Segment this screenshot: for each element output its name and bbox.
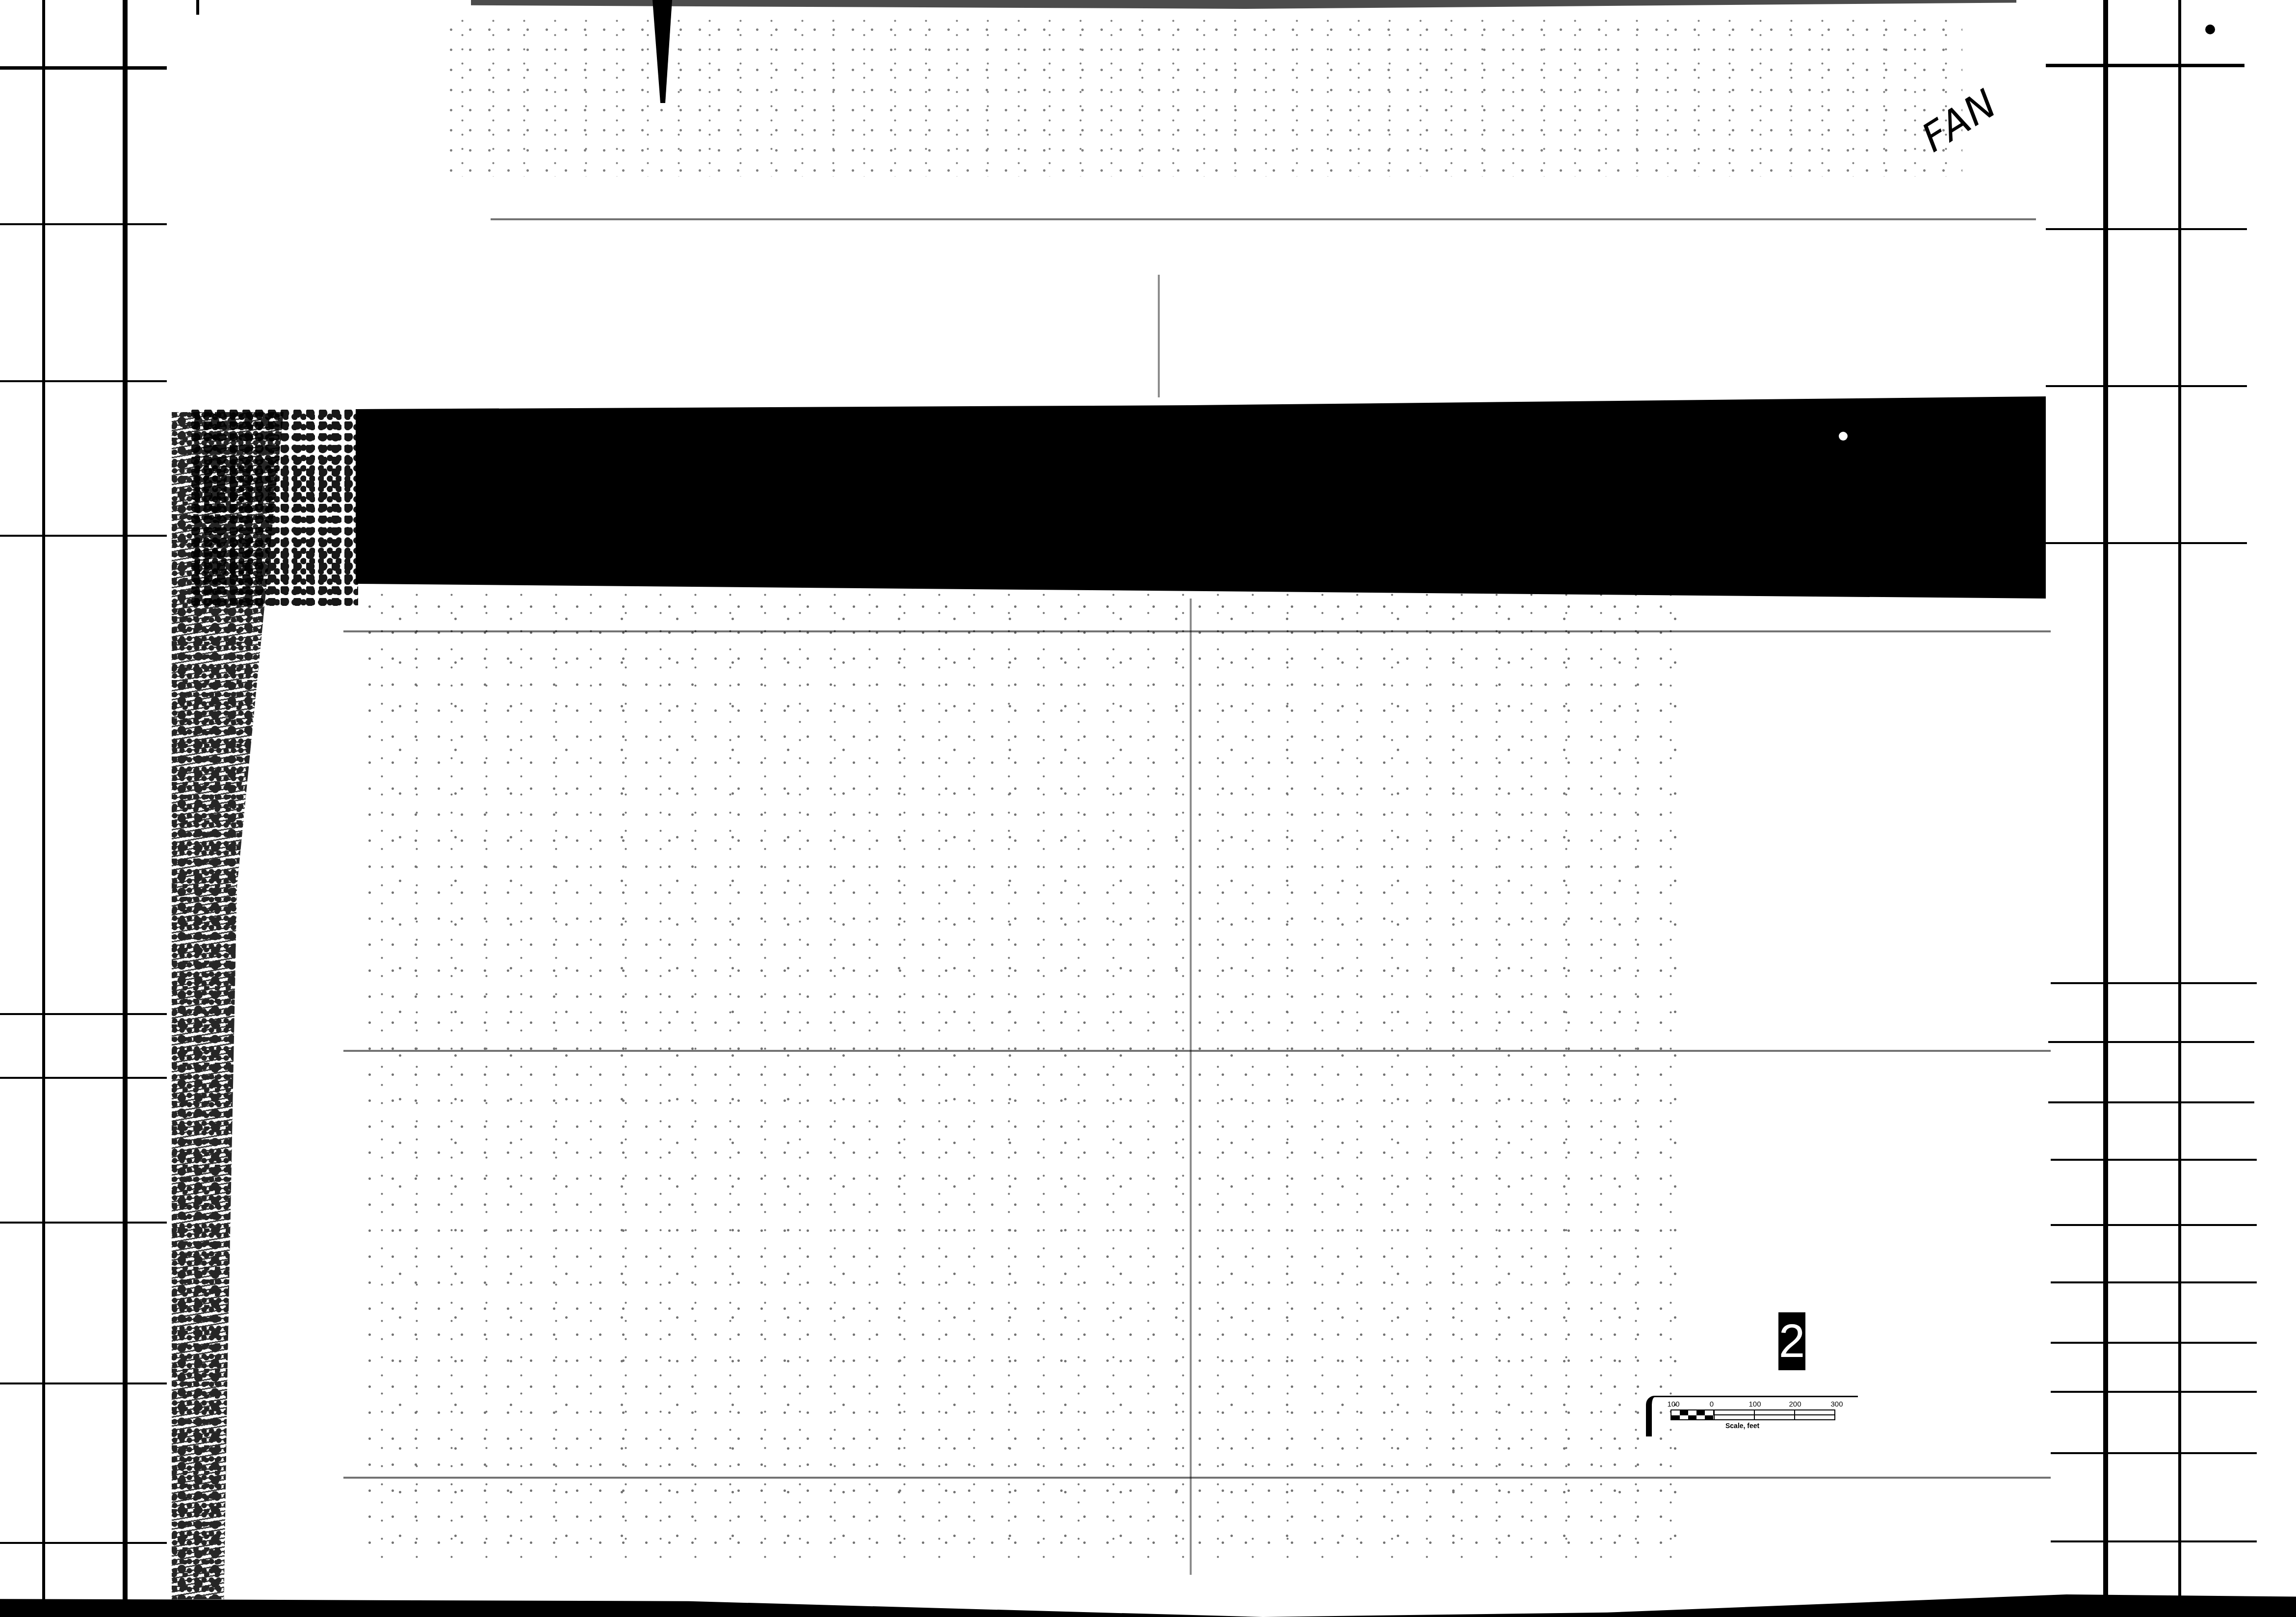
scale-tick: 200	[1789, 1400, 1801, 1408]
right-grid-line	[2048, 1101, 2254, 1103]
right-grid-line	[2041, 385, 2247, 387]
left-grid-line	[0, 1013, 169, 1015]
right-grid-line	[2178, 0, 2181, 1617]
photo-texture	[358, 594, 1683, 1565]
scale-tick: 100	[1667, 1400, 1679, 1408]
scale-segments	[1670, 1409, 1835, 1420]
right-grid-line	[2051, 1391, 2257, 1393]
speck	[1839, 432, 1848, 441]
scale-segment	[1754, 1410, 1794, 1419]
right-grid-line	[2051, 1224, 2257, 1226]
dark-terrain-patch	[191, 410, 358, 606]
right-grid-line	[2041, 542, 2247, 544]
left-grid-line	[0, 1542, 169, 1544]
left-grid-line	[42, 0, 45, 1617]
sheet-top-edge	[471, 0, 2016, 9]
right-grid-line	[2051, 1452, 2257, 1454]
speck	[2205, 25, 2215, 34]
right-grid-line	[2051, 982, 2257, 984]
scale-segment	[1794, 1410, 1834, 1419]
scale-bar: 100 0 100 200 300 Scale, feet	[1646, 1396, 1858, 1436]
scale-tick-labels: 100 0 100 200 300	[1667, 1400, 1853, 1409]
left-grid-line	[0, 380, 169, 382]
photo-grid-line	[343, 630, 2051, 632]
left-grid-line	[0, 223, 169, 225]
scale-checker-segment	[1671, 1410, 1714, 1419]
right-grid-line	[2103, 0, 2108, 1617]
right-grid-line	[2051, 1281, 2257, 1283]
right-grid-line	[2051, 1342, 2257, 1344]
photo-grid-line	[343, 1050, 2051, 1052]
photo-grid-line	[491, 218, 2036, 220]
photo-texture-top	[442, 20, 1962, 177]
right-grid-line	[2048, 1041, 2254, 1043]
scale-tick: 0	[1710, 1400, 1714, 1408]
photo-grid-line	[1190, 599, 1192, 1575]
left-grid-line	[0, 1382, 169, 1384]
right-grid-line	[2041, 228, 2247, 230]
scale-label: Scale, feet	[1725, 1422, 1759, 1430]
left-grid-line	[0, 1077, 169, 1079]
frame-number: 2	[1778, 1312, 1805, 1370]
photo-grid-line	[1158, 275, 1160, 397]
left-grid-line	[0, 535, 169, 537]
right-grid-line	[2051, 1159, 2257, 1161]
right-grid-line	[2051, 1540, 2257, 1542]
right-grid-line	[2038, 64, 2244, 67]
scale-tick: 100	[1748, 1400, 1761, 1408]
redaction-bar	[356, 396, 2046, 599]
left-grid-line	[123, 0, 128, 1617]
scale-segment	[1714, 1410, 1754, 1419]
left-grid-line	[0, 1222, 169, 1224]
photo-grid-line	[343, 1477, 2051, 1479]
scale-tick: 300	[1830, 1400, 1843, 1408]
